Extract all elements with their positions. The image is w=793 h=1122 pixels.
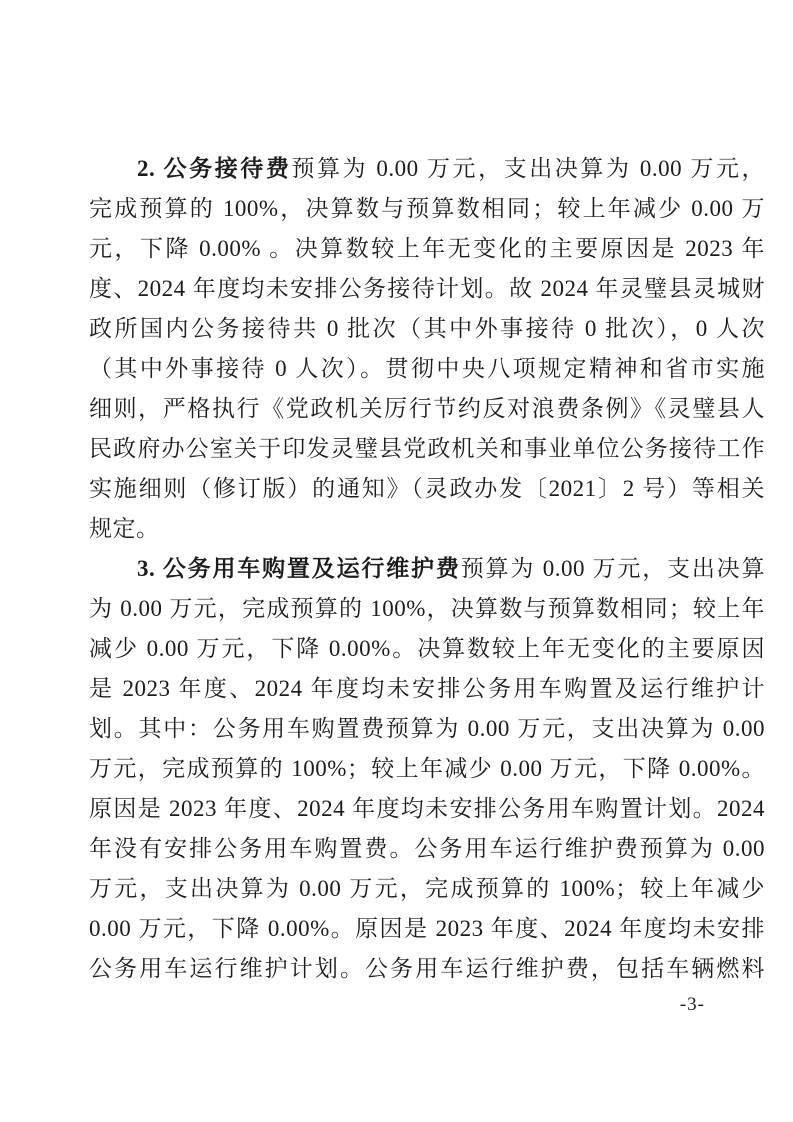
text-line: 规定。 [89, 509, 765, 549]
text-line: 是 2023 年度、2024 年度均未安排公务用车购置及运行维护计 [89, 669, 765, 709]
paragraph-lead-rest: 预算为 0.00 万元，支出决算 [461, 556, 765, 581]
text-line: 0.00 万元，下降 0.00%。原因是 2023 年度、2024 年度均未安排 [89, 909, 765, 949]
paragraph-lead-rest: 预算为 0.00 万元，支出决算为 0.00 万元， [291, 156, 765, 181]
text-line: 减少 0.00 万元，下降 0.00%。决算数较上年无变化的主要原因 [89, 629, 765, 669]
text-line: 细则，严格执行《党政机关厉行节约反对浪费条例》《灵璧县人 [89, 389, 765, 429]
text-line: 完成预算的 100%，决算数与预算数相同；较上年减少 0.00 万 [89, 189, 765, 229]
document-body: 2. 公务接待费预算为 0.00 万元，支出决算为 0.00 万元，完成预算的 … [89, 149, 765, 989]
text-line: 为 0.00 万元，完成预算的 100%，决算数与预算数相同；较上年 [89, 589, 765, 629]
text-line: 年没有安排公务用车购置费。公务用车运行维护费预算为 0.00 [89, 829, 765, 869]
text-line: 民政府办公室关于印发灵璧县党政机关和事业单位公务接待工作 [89, 429, 765, 469]
paragraph-official-reception-expense: 2. 公务接待费预算为 0.00 万元，支出决算为 0.00 万元，完成预算的 … [89, 149, 765, 549]
text-line: 2. 公务接待费预算为 0.00 万元，支出决算为 0.00 万元， [89, 149, 765, 189]
paragraph-official-vehicle-expense: 3. 公务用车购置及运行维护费预算为 0.00 万元，支出决算为 0.00 万元… [89, 549, 765, 989]
text-line: 实施细则（修订版）的通知》（灵政办发〔2021〕2 号）等相关 [89, 469, 765, 509]
text-line: 万元，完成预算的 100%；较上年减少 0.00 万元，下降 0.00%。 [89, 749, 765, 789]
document-page: 2. 公务接待费预算为 0.00 万元，支出决算为 0.00 万元，完成预算的 … [0, 0, 793, 1122]
text-line: 元，下降 0.00% 。决算数较上年无变化的主要原因是 2023 年 [89, 229, 765, 269]
text-line: 万元，支出决算为 0.00 万元，完成预算的 100%；较上年减少 [89, 869, 765, 909]
page-number: -3- [680, 993, 705, 1017]
text-line: 政所国内公务接待共 0 批次（其中外事接待 0 批次），0 人次 [89, 309, 765, 349]
text-line: 3. 公务用车购置及运行维护费预算为 0.00 万元，支出决算 [89, 549, 765, 589]
text-line: 公务用车运行维护计划。公务用车运行维护费，包括车辆燃料 [89, 949, 765, 989]
text-line: 划。其中：公务用车购置费预算为 0.00 万元，支出决算为 0.00 [89, 709, 765, 749]
text-line: 原因是 2023 年度、2024 年度均未安排公务用车购置计划。2024 [89, 789, 765, 829]
text-line: （其中外事接待 0 人次）。贯彻中央八项规定精神和省市实施 [89, 349, 765, 389]
paragraph-lead: 3. 公务用车购置及运行维护费 [137, 556, 461, 581]
text-line: 度、2024 年度均未安排公务接待计划。故 2024 年灵璧县灵城财 [89, 269, 765, 309]
paragraph-lead: 2. 公务接待费 [137, 156, 291, 181]
